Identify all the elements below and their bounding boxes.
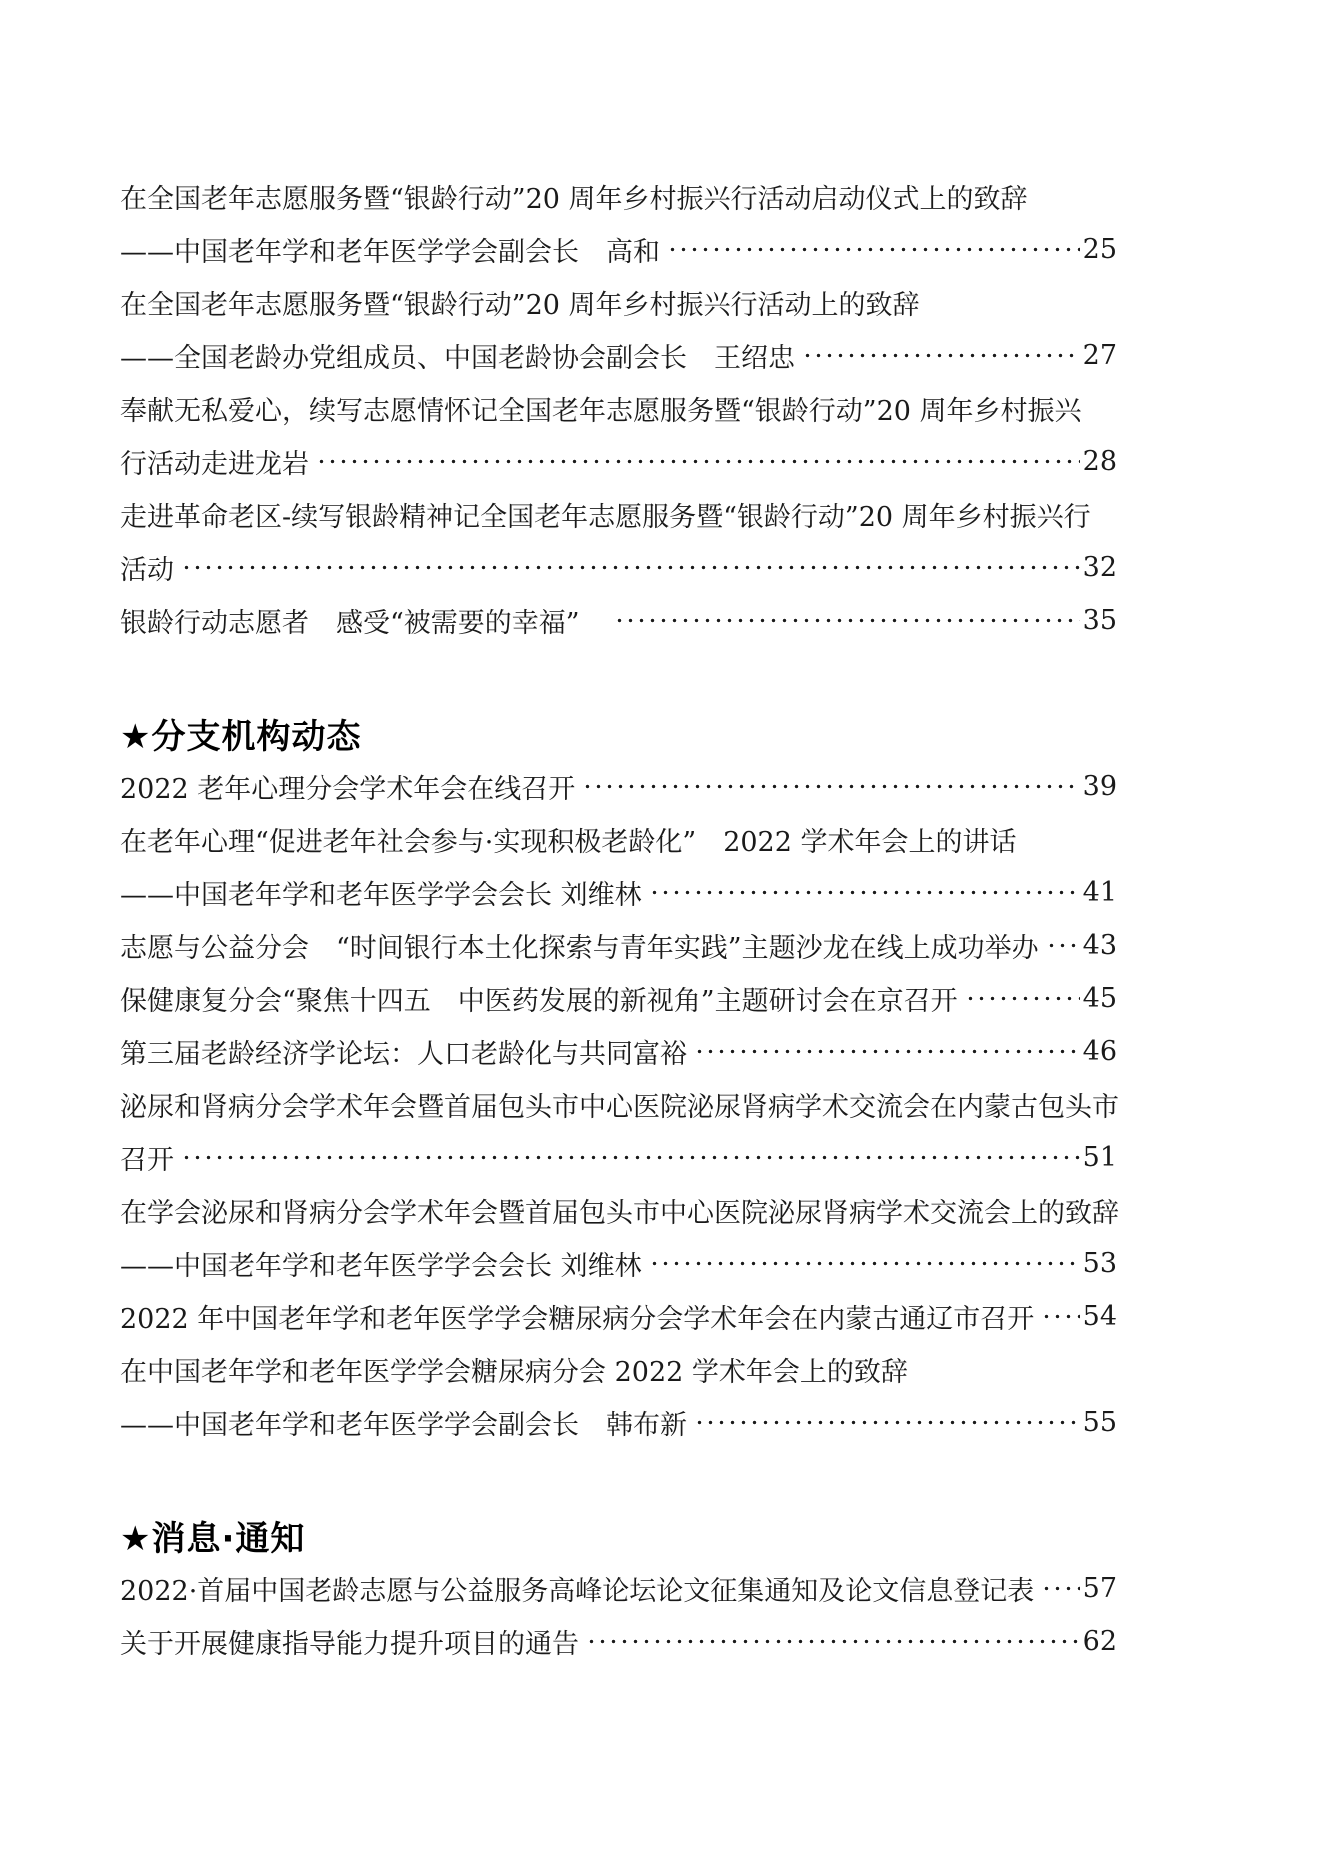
dot-leader xyxy=(181,1131,1080,1184)
toc-line: ——全国老龄办党组成员、中国老龄协会副会长 王绍忠27 xyxy=(120,329,1117,382)
dot-leader xyxy=(649,1237,1080,1290)
page-number: 43 xyxy=(1083,930,1117,961)
toc-line: 2022 年中国老年学和老年医学学会糖尿病分会学术年会在内蒙古通辽市召开54 xyxy=(120,1290,1117,1343)
toc-line: ——中国老年学和老年医学学会副会长 韩布新55 xyxy=(120,1396,1117,1449)
toc-line: 在学会泌尿和肾病分会学术年会暨首届包头市中心医院泌尿肾病学术交流会上的致辞 xyxy=(120,1184,1117,1237)
toc-line: 关于开展健康指导能力提升项目的通告62 xyxy=(120,1615,1117,1668)
toc-line: 奉献无私爱心，续写志愿情怀记全国老年志愿服务暨“银龄行动”20 周年乡村振兴 xyxy=(120,382,1117,435)
toc-line: ——中国老年学和老年医学学会副会长 高和25 xyxy=(120,223,1117,276)
toc-line: 志愿与公益分会 “时间银行本土化探索与青年实践”主题沙龙在线上成功举办43 xyxy=(120,919,1117,972)
toc-line: 在全国老年志愿服务暨“银龄行动”20 周年乡村振兴行活动启动仪式上的致辞 xyxy=(120,170,1117,223)
page-number: 27 xyxy=(1083,340,1117,371)
toc-line: 行活动走进龙岩28 xyxy=(120,435,1117,488)
toc-line-text: 第三届老龄经济学论坛：人口老龄化与共同富裕 xyxy=(120,1032,687,1071)
toc-line-text: 在全国老年志愿服务暨“银龄行动”20 周年乡村振兴行活动启动仪式上的致辞 xyxy=(120,177,1028,216)
dot-leader xyxy=(1041,1290,1079,1343)
section-header: ★消息·通知 xyxy=(120,1509,1117,1562)
page-number: 35 xyxy=(1083,605,1117,636)
page-number: 51 xyxy=(1083,1142,1117,1173)
page-number: 32 xyxy=(1083,552,1117,583)
toc-line-text: 活动 xyxy=(120,548,174,587)
dot-leader xyxy=(1046,919,1080,972)
toc-line: 活动32 xyxy=(120,541,1117,594)
toc-line-text: 行活动走进龙岩 xyxy=(120,442,309,481)
toc-line: 召开51 xyxy=(120,1131,1117,1184)
toc-line-text: 2022 年中国老年学和老年医学学会糖尿病分会学术年会在内蒙古通辽市召开 xyxy=(120,1297,1034,1336)
toc-line-text: ——中国老年学和老年医学学会会长 刘维林 xyxy=(120,873,642,912)
toc-line-text: 2022 老年心理分会学术年会在线召开 xyxy=(120,767,575,806)
toc-line-text: 在学会泌尿和肾病分会学术年会暨首届包头市中心医院泌尿肾病学术交流会上的致辞 xyxy=(120,1191,1119,1230)
page-number: 45 xyxy=(1083,983,1117,1014)
dot-leader xyxy=(802,329,1080,382)
dot-leader xyxy=(1041,1562,1079,1615)
page-number: 39 xyxy=(1083,771,1117,802)
toc-line: ——中国老年学和老年医学学会会长 刘维林53 xyxy=(120,1237,1117,1290)
dot-leader xyxy=(582,760,1079,813)
toc-line: 在全国老年志愿服务暨“银龄行动”20 周年乡村振兴行活动上的致辞 xyxy=(120,276,1117,329)
dot-leader xyxy=(586,1615,1080,1668)
toc-line: 在老年心理“促进老年社会参与·实现积极老龄化” 2022 学术年会上的讲话 xyxy=(120,813,1117,866)
toc-line: 第三届老龄经济学论坛：人口老龄化与共同富裕46 xyxy=(120,1025,1117,1078)
dot-leader xyxy=(694,1396,1080,1449)
document-page: 在全国老年志愿服务暨“银龄行动”20 周年乡村振兴行活动启动仪式上的致辞——中国… xyxy=(0,0,1323,1871)
page-number: 25 xyxy=(1083,234,1117,265)
page-number: 55 xyxy=(1083,1407,1117,1438)
toc-line-text: 走进革命老区-续写银龄精神记全国老年志愿服务暨“银龄行动”20 周年乡村振兴行 xyxy=(120,495,1091,534)
toc-line: ——中国老年学和老年医学学会会长 刘维林41 xyxy=(120,866,1117,919)
dot-leader xyxy=(649,866,1080,919)
toc-line-text: ——全国老龄办党组成员、中国老龄协会副会长 王绍忠 xyxy=(120,336,795,375)
dot-leader xyxy=(965,972,1080,1025)
section-header: ★分支机构动态 xyxy=(120,707,1117,760)
toc-line-text: ——中国老年学和老年医学学会会长 刘维林 xyxy=(120,1244,642,1283)
toc-line-text: 在全国老年志愿服务暨“银龄行动”20 周年乡村振兴行活动上的致辞 xyxy=(120,283,920,322)
page-number: 46 xyxy=(1083,1036,1117,1067)
page-number: 57 xyxy=(1083,1573,1117,1604)
dot-leader xyxy=(614,594,1080,647)
toc-line: 2022·首届中国老龄志愿与公益服务高峰论坛论文征集通知及论文信息登记表57 xyxy=(120,1562,1117,1615)
page-number: 62 xyxy=(1083,1626,1117,1657)
page-number: 53 xyxy=(1083,1248,1117,1279)
toc-line-text: 奉献无私爱心，续写志愿情怀记全国老年志愿服务暨“银龄行动”20 周年乡村振兴 xyxy=(120,389,1082,428)
dot-leader xyxy=(694,1025,1080,1078)
toc-line-text: 志愿与公益分会 “时间银行本土化探索与青年实践”主题沙龙在线上成功举办 xyxy=(120,926,1039,965)
toc-line-text: 保健康复分会“聚焦十四五 中医药发展的新视角”主题研讨会在京召开 xyxy=(120,979,958,1018)
page-number: 54 xyxy=(1083,1301,1117,1332)
toc-line-text: 在老年心理“促进老年社会参与·实现积极老龄化” 2022 学术年会上的讲话 xyxy=(120,820,1016,859)
toc-line-text: ——中国老年学和老年医学学会副会长 韩布新 xyxy=(120,1403,687,1442)
page-number: 41 xyxy=(1083,877,1117,908)
toc-line: 走进革命老区-续写银龄精神记全国老年志愿服务暨“银龄行动”20 周年乡村振兴行 xyxy=(120,488,1117,541)
toc-line-text: 在中国老年学和老年医学学会糖尿病分会 2022 学术年会上的致辞 xyxy=(120,1350,908,1389)
toc-line: 银龄行动志愿者 感受“被需要的幸福” 35 xyxy=(120,594,1117,647)
toc-line: 泌尿和肾病分会学术年会暨首届包头市中心医院泌尿肾病学术交流会在内蒙古包头市 xyxy=(120,1078,1117,1131)
toc-line-text: 2022·首届中国老龄志愿与公益服务高峰论坛论文征集通知及论文信息登记表 xyxy=(120,1569,1034,1608)
toc-line: 保健康复分会“聚焦十四五 中医药发展的新视角”主题研讨会在京召开45 xyxy=(120,972,1117,1025)
toc-line-text: 泌尿和肾病分会学术年会暨首届包头市中心医院泌尿肾病学术交流会在内蒙古包头市 xyxy=(120,1085,1119,1124)
toc: 在全国老年志愿服务暨“银龄行动”20 周年乡村振兴行活动启动仪式上的致辞——中国… xyxy=(120,170,1117,1668)
toc-line: 2022 老年心理分会学术年会在线召开39 xyxy=(120,760,1117,813)
toc-line-text: ——中国老年学和老年医学学会副会长 高和 xyxy=(120,230,660,269)
page-number: 28 xyxy=(1083,446,1117,477)
toc-line-text: 关于开展健康指导能力提升项目的通告 xyxy=(120,1622,579,1661)
dot-leader xyxy=(316,435,1080,488)
dot-leader xyxy=(181,541,1080,594)
dot-leader xyxy=(667,223,1080,276)
toc-line-text: 银龄行动志愿者 感受“被需要的幸福” xyxy=(120,601,607,640)
toc-line-text: 召开 xyxy=(120,1138,174,1177)
toc-line: 在中国老年学和老年医学学会糖尿病分会 2022 学术年会上的致辞 xyxy=(120,1343,1117,1396)
